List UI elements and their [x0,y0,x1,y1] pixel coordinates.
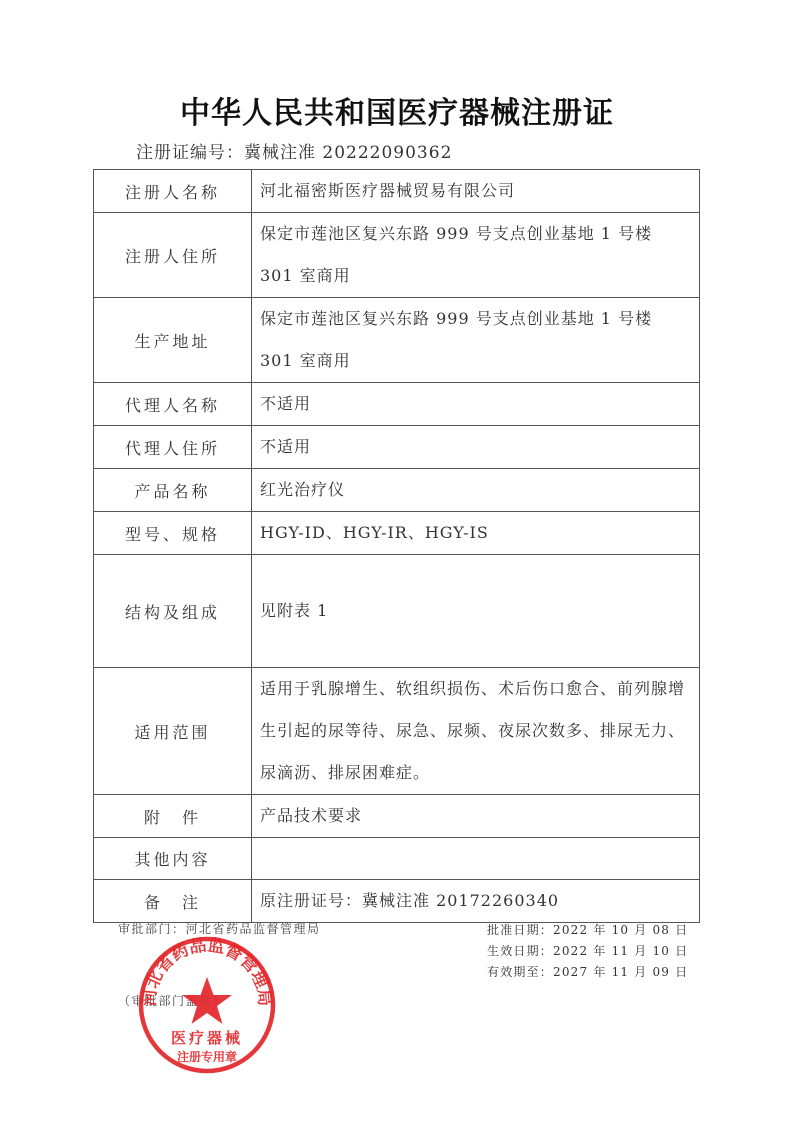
row-label: 产品名称 [94,469,252,512]
registration-number: 注册证编号：冀械注准 20222090362 [136,138,452,163]
row-value: 见附表 1 [252,555,700,668]
row-value: 原注册证号：冀械注准 20172260340 [252,880,700,923]
row-value: 保定市莲池区复兴东路 999 号支点创业基地 1 号楼 301 室商用 [252,213,700,298]
document-title: 中华人民共和国医疗器械注册证 [0,88,794,132]
row-label: 注册人住所 [94,213,252,298]
expiry-date: 有效期至：2027 年 11 月 09 日 [487,962,688,983]
table-row: 其他内容 [94,838,700,880]
table-row: 结构及组成 见附表 1 [94,555,700,668]
row-value: 不适用 [252,426,700,469]
table-row: 备 注 原注册证号：冀械注准 20172260340 [94,880,700,923]
row-value: 适用于乳腺增生、软组织损伤、术后伤口愈合、前列腺增生引起的尿等待、尿急、尿频、夜… [252,668,700,795]
row-value: 不适用 [252,383,700,426]
row-value: 红光治疗仪 [252,469,700,512]
table-row: 代理人住所 不适用 [94,426,700,469]
table-row: 注册人住所 保定市莲池区复兴东路 999 号支点创业基地 1 号楼 301 室商… [94,213,700,298]
row-label: 注册人名称 [94,170,252,213]
table-row: 附 件 产品技术要求 [94,795,700,838]
row-value: 产品技术要求 [252,795,700,838]
row-label: 型号、规格 [94,512,252,555]
seal-inner-line2: 注册专用章 [177,1049,237,1064]
row-label: 适用范围 [94,668,252,795]
seal-inner-line1: 医疗器械 [171,1029,243,1047]
approval-department-label: 审批部门： [118,922,186,936]
registration-number-label: 注册证编号： [136,143,244,163]
approval-date: 批准日期：2022 年 10 月 08 日 [487,920,688,941]
table-row: 型号、规格 HGY-ID、HGY-IR、HGY-IS [94,512,700,555]
row-label: 附 件 [94,795,252,838]
table-row: 适用范围 适用于乳腺增生、软组织损伤、术后伤口愈合、前列腺增生引起的尿等待、尿急… [94,668,700,795]
row-label: 备 注 [94,880,252,923]
row-label: 结构及组成 [94,555,252,668]
row-label: 其他内容 [94,838,252,880]
date-block: 批准日期：2022 年 10 月 08 日 生效日期：2022 年 11 月 1… [487,920,688,983]
row-label: 代理人住所 [94,426,252,469]
table-row: 生产地址 保定市莲池区复兴东路 999 号支点创业基地 1 号楼 301 室商用 [94,298,700,383]
row-label: 生产地址 [94,298,252,383]
row-value [252,838,700,880]
row-label: 代理人名称 [94,383,252,426]
row-value: 保定市莲池区复兴东路 999 号支点创业基地 1 号楼 301 室商用 [252,298,700,383]
table-row: 注册人名称 河北福密斯医疗器械贸易有限公司 [94,170,700,213]
table-row: 产品名称 红光治疗仪 [94,469,700,512]
official-seal-icon: 河北省药品监督管理局 医疗器械 注册专用章 [137,935,277,1075]
approval-department-value: 河北省药品监督管理局 [186,922,321,936]
effective-date: 生效日期：2022 年 11 月 10 日 [487,941,688,962]
registration-number-value: 冀械注准 20222090362 [244,143,452,163]
row-value: 河北福密斯医疗器械贸易有限公司 [252,170,700,213]
row-value: HGY-ID、HGY-IR、HGY-IS [252,512,700,555]
table-row: 代理人名称 不适用 [94,383,700,426]
certificate-table: 注册人名称 河北福密斯医疗器械贸易有限公司 注册人住所 保定市莲池区复兴东路 9… [93,169,700,923]
star-icon [182,977,232,1024]
